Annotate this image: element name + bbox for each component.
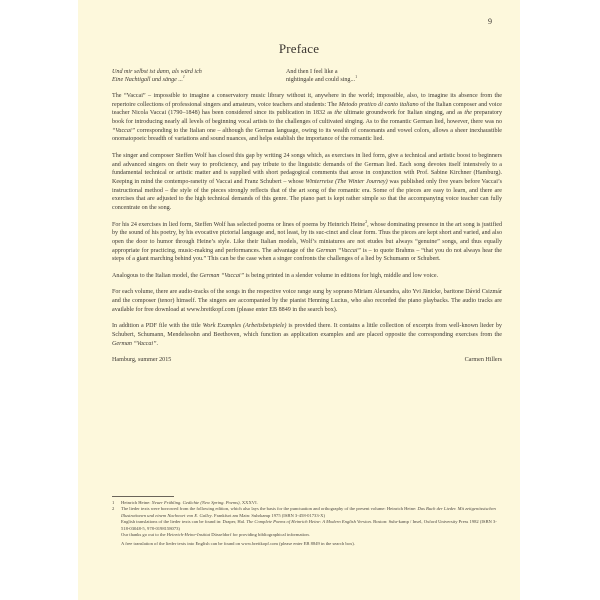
document-page: 9 Preface Und mir selbst ist dann, als w… [78,0,520,600]
footnote-divider [112,496,174,497]
paragraph-4: Analogous to the Italian model, the Germ… [112,272,502,281]
paragraph-1: The “Vaccai” – impossible to imagine a c… [112,92,502,144]
epigraph-english-line: And then I feel like a [286,68,357,76]
paragraph-6: In addition a PDF file with the title Wo… [112,322,502,348]
epigraph-english-line: nightingale and could sing...1 [286,76,357,84]
footnote-ref: 1 [183,74,185,79]
paragraph-5: For each volume, there are audio-tracks … [112,288,502,314]
signature-place-date: Hamburg, summer 2015 [112,356,171,365]
paragraph-2: The singer and composer Steffen Wolf has… [112,152,502,213]
epigraph-german-line: Und mir selbst ist dann, als würd ich [112,68,202,76]
page-number: 9 [488,17,492,26]
signature: Hamburg, summer 2015 Carmen Hillers [112,356,502,365]
footnote-translation-note: A free translation of the lieder texts i… [121,541,504,547]
epigraph-german: Und mir selbst ist dann, als würd ich Ei… [112,68,202,85]
signature-author: Carmen Hillers [465,356,502,365]
footnote-2: 2 The lieder texts were borrowed from th… [112,506,504,538]
paragraph-3: For his 24 exercises in lied form, Steff… [112,221,502,264]
preface-body: The “Vaccai” – impossible to imagine a c… [112,92,502,365]
footnote-ref: 1 [355,74,357,79]
epigraph-german-line: Eine Nachtigall und sänge ...1 [112,76,202,84]
epigraph-english: And then I feel like a nightingale and c… [286,68,357,85]
footnotes: 1 Heinrich Heine: Neuer Frühling. Gedich… [112,500,504,548]
page-title: Preface [78,41,520,57]
